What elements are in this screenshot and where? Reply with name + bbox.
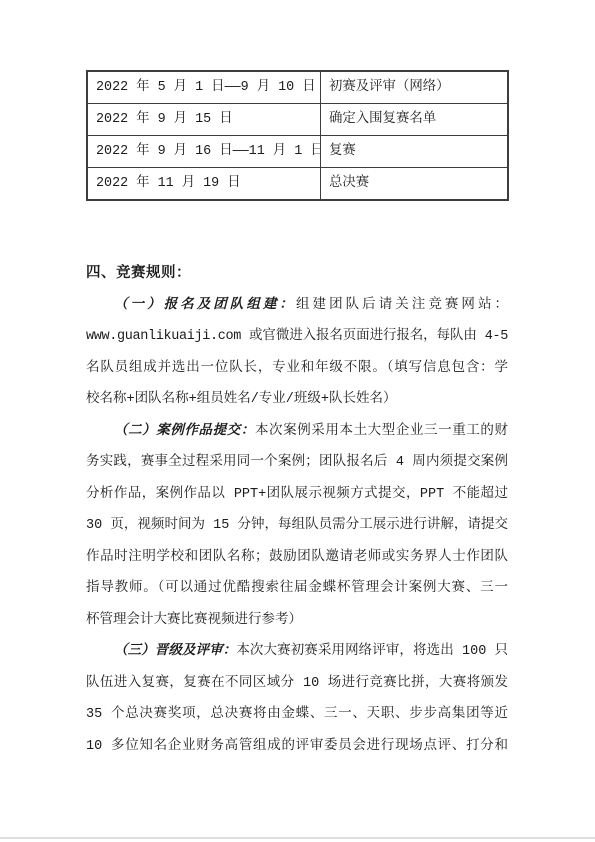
schedule-stage-cell: 初赛及评审（网络） <box>321 71 509 104</box>
schedule-stage-cell: 确定入围复赛名单 <box>321 104 509 136</box>
text-line: 10 多位知名企业财务高管组成的评审委员会进行现场点评、打分和 <box>86 731 508 763</box>
schedule-date-cell: 2022 年 9 月 15 日 <box>87 104 321 136</box>
page-bottom-edge <box>0 837 595 839</box>
text-line: 名队员组成并选出一位队长，专业和年级不限。（填写信息包含：学 <box>86 353 508 385</box>
paragraph-submission: （二）案例作品提交：本次案例采用本土大型企业三一重工的财 务实践，赛事全过程采用… <box>86 416 508 637</box>
schedule-stage-cell: 复赛 <box>321 136 509 168</box>
text-line: 作品时注明学校和团队名称；鼓励团队邀请老师或实务界人士作团队 <box>86 542 508 574</box>
text-line: 35 个总决赛奖项，总决赛将由金蝶、三一、天职、步步高集团等近 <box>86 699 508 731</box>
paragraph-lead: （一）报名及团队组建： <box>114 298 296 313</box>
text-line: 队伍进入复赛，复赛在不同区域分 10 场进行竞赛比拼，大赛将颁发 <box>86 668 508 700</box>
text-line: 30 页，视频时间为 15 分钟，每组队员需分工展示进行讲解，请提交 <box>86 510 508 542</box>
paragraph-lead: （三）晋级及评审： <box>114 644 236 659</box>
paragraph-text: 本次案例采用本土大型企业三一重工的财 <box>255 424 508 439</box>
table-row: 2022 年 9 月 16 日——11 月 1 日 复赛 <box>87 136 508 168</box>
text-line: 指导教师。（可以通过优酷搜索往届金蝶杯管理会计案例大赛、三一 <box>86 573 508 605</box>
schedule-table: 2022 年 5 月 1 日——9 月 10 日 初赛及评审（网络） 2022 … <box>86 70 509 201</box>
text-line: （三）晋级及评审：本次大赛初赛采用网络评审，将选出 100 只 <box>86 636 508 668</box>
schedule-stage-cell: 总决赛 <box>321 168 509 201</box>
table-row: 2022 年 5 月 1 日——9 月 10 日 初赛及评审（网络） <box>87 71 508 104</box>
paragraph-lead: （二）案例作品提交： <box>114 424 255 439</box>
table-row: 2022 年 11 月 19 日 总决赛 <box>87 168 508 201</box>
schedule-date-cell: 2022 年 9 月 16 日——11 月 1 日 <box>87 136 321 168</box>
text-line: 校名称+团队名称+组员姓名/专业/班级+队长姓名） <box>86 384 508 416</box>
rules-section: 四、竞赛规则： （一）报名及团队组建：组建团队后请关注竞赛网站： www.gua… <box>86 258 508 762</box>
paragraph-text: 组建团队后请关注竞赛网站： <box>296 298 508 313</box>
text-line: （一）报名及团队组建：组建团队后请关注竞赛网站： <box>86 290 508 322</box>
table-row: 2022 年 9 月 15 日 确定入围复赛名单 <box>87 104 508 136</box>
section-heading: 四、竞赛规则： <box>86 258 508 290</box>
schedule-date-cell: 2022 年 5 月 1 日——9 月 10 日 <box>87 71 321 104</box>
text-line: （二）案例作品提交：本次案例采用本土大型企业三一重工的财 <box>86 416 508 448</box>
paragraph-registration: （一）报名及团队组建：组建团队后请关注竞赛网站： www.guanlikuaij… <box>86 290 508 416</box>
schedule-date-cell: 2022 年 11 月 19 日 <box>87 168 321 201</box>
text-line: 务实践，赛事全过程采用同一个案例；团队报名后 4 周内须提交案例 <box>86 447 508 479</box>
text-line: 杯管理会计大赛比赛视频进行参考） <box>86 605 508 637</box>
paragraph-review: （三）晋级及评审：本次大赛初赛采用网络评审，将选出 100 只 队伍进入复赛，复… <box>86 636 508 762</box>
paragraph-text: 本次大赛初赛采用网络评审，将选出 100 只 <box>236 644 508 659</box>
text-line: 分析作品，案例作品以 PPT+团队展示视频方式提交，PPT 不能超过 <box>86 479 508 511</box>
document-page: 2022 年 5 月 1 日——9 月 10 日 初赛及评审（网络） 2022 … <box>0 0 595 842</box>
text-line: www.guanlikuaiji.com 或官微进入报名页面进行报名，每队由 4… <box>86 321 508 353</box>
